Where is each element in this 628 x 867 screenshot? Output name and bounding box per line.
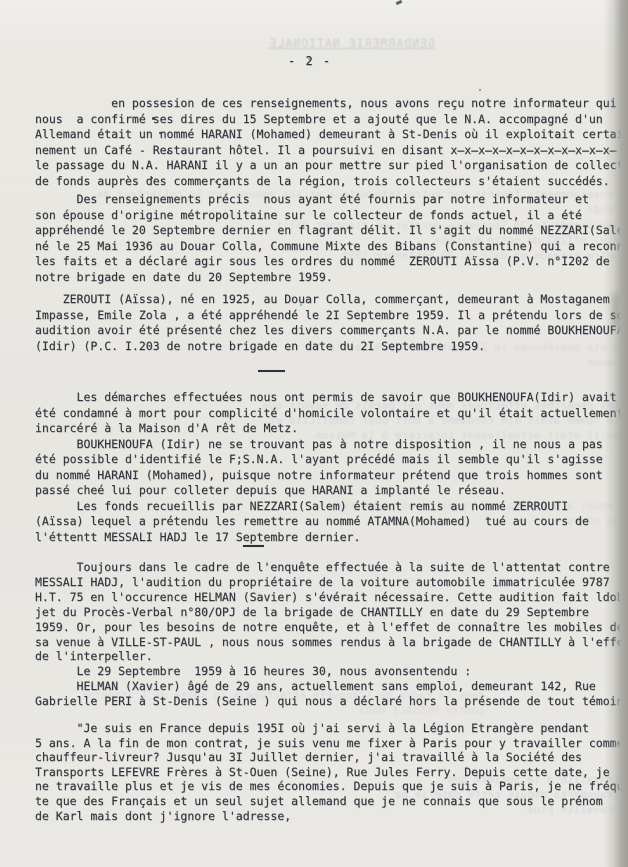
paragraph-informateur: en possesion de ces renseignements, nous… xyxy=(35,96,628,190)
ink-speck xyxy=(479,89,481,91)
ink-speck xyxy=(215,181,218,183)
paragraph-declaration-helman: "Je suis en France depuis 195I où j'ai s… xyxy=(35,721,628,823)
section-divider xyxy=(243,545,264,547)
ink-speck xyxy=(151,177,153,179)
ink-speck xyxy=(396,0,403,5)
scanned-document-page: GENDARMERIE NATIONALE renseignements fou… xyxy=(0,0,628,867)
ink-speck xyxy=(159,132,161,134)
ink-speck xyxy=(167,151,169,154)
paragraph-enquete-helman: Toujours dans le cadre de l'enquête effe… xyxy=(35,560,628,709)
ink-speck xyxy=(308,58,310,60)
page-number: - 2 - xyxy=(288,54,332,68)
ink-speck xyxy=(152,117,155,120)
paragraph-boukhenoufa: Les démarches effectuées nous ont permis… xyxy=(35,390,624,545)
paragraph-zerouti: ZEROUTI (Aïssa), né en 1925, au Douar Co… xyxy=(35,292,628,354)
ink-speck xyxy=(300,304,302,306)
bleedthrough-letterhead: GENDARMERIE NATIONALE xyxy=(210,36,435,51)
paragraph-nezzari-arrestation: Des renseignements précis nous ayant été… xyxy=(35,192,628,286)
section-divider xyxy=(258,370,285,372)
scan-page-edge xyxy=(604,0,628,867)
